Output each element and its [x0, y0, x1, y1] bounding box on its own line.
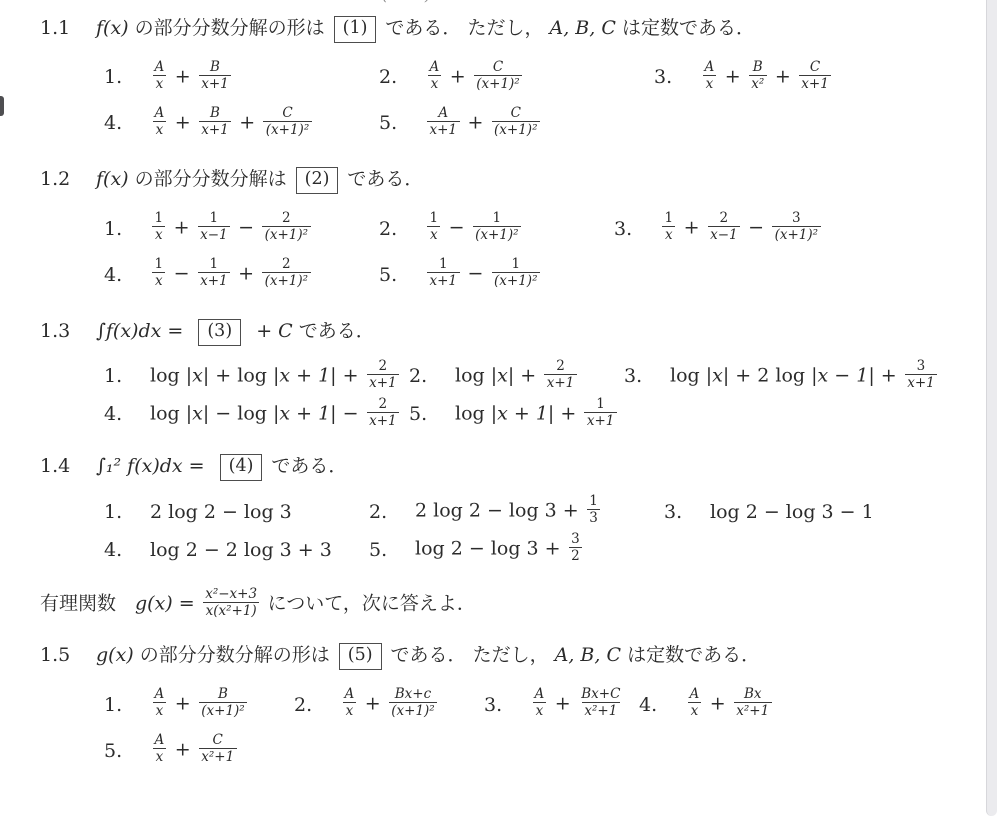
fraction: Bx+Cx²+1	[579, 686, 623, 719]
fraction-denominator: x+1	[199, 121, 232, 138]
text-math: g(x)	[96, 644, 134, 666]
text-math: log	[455, 364, 491, 386]
fraction: 13	[587, 493, 601, 526]
text-math: +	[169, 739, 197, 761]
text-math: +	[359, 693, 387, 715]
answer-option-row: 4.1x − 1x+1 + 2(x+1)²5.1x+1 − 1(x+1)²	[40, 253, 969, 297]
text-math: +	[719, 65, 747, 87]
answer-option: 2.Ax + C(x+1)²	[379, 55, 654, 99]
answer-option: 5.1x+1 − 1(x+1)²	[379, 253, 614, 297]
fraction-numerator: A	[687, 686, 702, 702]
fraction: 1x	[152, 256, 166, 289]
fraction-denominator: x+1	[905, 374, 938, 391]
answer-option: 2.log |x| + 2x+1	[409, 358, 624, 394]
option-formula: Ax + Bx+Cx²+1	[530, 688, 625, 721]
text-math: +	[769, 65, 797, 87]
fraction-numerator: 1	[427, 210, 441, 226]
scrollbar-track[interactable]	[986, 0, 997, 816]
fraction-numerator: A	[702, 59, 717, 75]
text-math: +	[462, 111, 490, 133]
text-japanese: は定数である．	[622, 17, 755, 39]
fraction: Ax+1	[427, 105, 460, 138]
text-japanese: である．	[293, 320, 375, 342]
fraction-denominator: x	[153, 121, 166, 138]
text-math: |x + 1|	[491, 402, 555, 424]
answer-option-row: 1.2 log 2 − log 32.2 log 2 − log 3 + 133…	[40, 494, 969, 530]
fraction-numerator: A	[152, 59, 167, 75]
text-math: − log	[209, 402, 273, 424]
answer-option: 3.log |x| + 2 log |x − 1| + 3x+1	[624, 358, 939, 394]
fraction: 3(x+1)²	[772, 210, 820, 243]
answer-option-row: 1.log |x| + log |x + 1| + 2x+12.log |x| …	[40, 358, 969, 394]
question-number: 1.5	[40, 641, 96, 670]
fraction-denominator: x²	[749, 75, 767, 92]
fraction-denominator: x+1	[199, 75, 232, 92]
fraction-denominator: x+1	[367, 412, 400, 429]
fraction-numerator: 3	[569, 531, 583, 547]
fraction: Ax	[152, 59, 167, 92]
option-formula: 1x + 2x−1 − 3(x+1)²	[660, 212, 823, 245]
text-math: log 2 − log 3 +	[415, 538, 567, 560]
document-page: x(x+1) 1.1f(x) の部分分数分解の形は(1)である． ただし， A,…	[0, 0, 999, 822]
fraction: 3x+1	[905, 358, 938, 391]
option-number: 3.	[654, 66, 700, 88]
question-number: 1.2	[40, 165, 96, 194]
fraction-denominator: (x+1)²	[263, 121, 311, 138]
fraction-numerator: A	[532, 686, 547, 702]
fraction: 32	[569, 531, 583, 564]
question-section-1.3: 1.3∫f(x)dx = (3) + C である．1.log |x| + log…	[40, 317, 969, 432]
text-math: +	[232, 263, 260, 285]
fraction-numerator: 2	[280, 256, 294, 272]
text-math: |x + 1|	[273, 364, 337, 386]
fraction-numerator: A	[436, 105, 451, 121]
answer-option: 1.Ax + Bx+1	[104, 55, 379, 99]
answer-option: 2.Ax + Bx+c(x+1)²	[294, 683, 484, 727]
text-math: +	[169, 111, 197, 133]
fraction: 2(x+1)²	[262, 256, 310, 289]
text-japanese: 有理関数	[40, 592, 135, 614]
question-section-intro: 有理関数 g(x) = x²−x+3x(x²+1) について，次に答えよ．	[40, 588, 969, 621]
fraction-denominator: x	[703, 75, 716, 92]
option-number: 4.	[639, 694, 685, 716]
fraction-numerator: A	[152, 686, 167, 702]
fraction-denominator: (x+1)²	[389, 702, 437, 719]
option-formula: Ax + Bx+c(x+1)²	[340, 688, 439, 721]
fraction: Ax	[702, 59, 717, 92]
option-formula: Ax + B(x+1)²	[150, 688, 249, 721]
fraction-numerator: C	[508, 105, 523, 121]
fraction-denominator: (x+1)²	[474, 75, 522, 92]
option-formula: log |x| + 2 log |x − 1| + 3x+1	[670, 360, 939, 393]
text-japanese: の部分分数分解は	[129, 168, 287, 190]
answer-blank-box: (5)	[339, 643, 382, 670]
text-math: =	[183, 455, 211, 477]
option-number: 5.	[104, 740, 150, 762]
fraction: 2(x+1)²	[262, 210, 310, 243]
fraction-numerator: Bx+C	[579, 686, 623, 702]
option-number: 5.	[369, 539, 415, 561]
option-number: 2.	[294, 694, 340, 716]
answer-option: 3.Ax + Bx² + Cx+1	[654, 55, 929, 99]
fraction-denominator: x	[153, 748, 166, 765]
fraction: 2x−1	[708, 210, 741, 243]
fraction-denominator: x	[153, 75, 166, 92]
fraction: 1x	[152, 210, 166, 243]
answer-option: 5.log 2 − log 3 + 32	[369, 532, 664, 568]
fraction: Bx+1	[199, 105, 232, 138]
fraction-denominator: x	[343, 702, 356, 719]
fraction: 1x+1	[427, 256, 460, 289]
text-math: log	[150, 364, 186, 386]
option-formula: Ax+1 + C(x+1)²	[425, 107, 542, 140]
fraction-denominator: x	[533, 702, 546, 719]
option-formula: Ax + Bx+1	[150, 61, 233, 94]
page-edge-artifact	[0, 96, 4, 116]
option-formula: log |x + 1| + 1x+1	[455, 398, 619, 431]
text-math: A, B, C	[543, 17, 621, 39]
fraction: C(x+1)²	[263, 105, 311, 138]
text-math: + 2 log	[729, 364, 811, 386]
text-math: =	[161, 320, 189, 342]
question-header: 1.2f(x) の部分分数分解は(2)である．	[40, 165, 969, 194]
answer-option: 1.1x + 1x−1 − 2(x+1)²	[104, 207, 379, 251]
fraction: 1x	[662, 210, 676, 243]
fraction-numerator: 2	[376, 358, 390, 374]
fraction-numerator: A	[342, 686, 357, 702]
fraction-denominator: x(x²+1)	[203, 602, 259, 619]
fraction: 1x−1	[198, 210, 231, 243]
fraction: 1x+1	[584, 396, 617, 429]
question-header: 1.5g(x) の部分分数分解の形は(5)である． ただし， A, B, C は…	[40, 641, 969, 670]
answer-option: 1.2 log 2 − log 3	[104, 494, 369, 530]
fraction-numerator: C	[210, 732, 225, 748]
answer-option: 4.log |x| − log |x + 1| − 2x+1	[104, 396, 409, 432]
exam-content: 1.1f(x) の部分分数分解の形は(1)である． ただし， A, B, C は…	[0, 0, 999, 773]
fraction: 2x+1	[367, 396, 400, 429]
fraction-denominator: 2	[569, 547, 583, 564]
question-number: 1.1	[40, 14, 96, 43]
question-section-1.4: 1.4∫₁² f(x)dx = (4)である．1.2 log 2 − log 3…	[40, 452, 969, 567]
text-math: log	[670, 364, 706, 386]
fraction-denominator: x+1	[427, 121, 460, 138]
fraction-denominator: x+1	[427, 272, 460, 289]
text-japanese: は定数である．	[627, 644, 760, 666]
question-header: 1.4∫₁² f(x)dx = (4)である．	[40, 452, 969, 481]
option-number: 1.	[104, 218, 150, 240]
fraction: Bx+1	[199, 59, 232, 92]
fraction: 1x+1	[198, 256, 231, 289]
text-math: +	[337, 364, 365, 386]
fraction-denominator: (x+1)²	[492, 272, 540, 289]
answer-blank-box: (4)	[220, 454, 263, 481]
answer-option: 2.2 log 2 − log 3 + 13	[369, 494, 664, 530]
answer-option: 3.Ax + Bx+Cx²+1	[484, 683, 639, 727]
fraction-numerator: 2	[554, 358, 568, 374]
cutoff-formula-fragment: x(x+1)	[372, 0, 432, 4]
fraction-denominator: x	[662, 226, 675, 243]
option-number: 5.	[379, 112, 425, 134]
text-math: g(x)	[135, 592, 173, 614]
fraction-numerator: 1	[490, 210, 504, 226]
text-math: ∫₁² f(x)dx	[96, 455, 183, 477]
question-section-1.2: 1.2f(x) の部分分数分解は(2)である．1.1x + 1x−1 − 2(x…	[40, 165, 969, 296]
answer-option-row: 1.Ax + Bx+12.Ax + C(x+1)²3.Ax + Bx² + Cx…	[40, 55, 969, 99]
fraction: 1(x+1)²	[473, 210, 521, 243]
text-japanese: である． ただし，	[385, 17, 543, 39]
text-math: =	[173, 592, 201, 614]
text-japanese: である．	[271, 455, 347, 477]
option-number: 1.	[104, 66, 150, 88]
answer-option-row: 1.Ax + B(x+1)²2.Ax + Bx+c(x+1)²3.Ax + Bx…	[40, 683, 969, 727]
fraction-numerator: Bx	[741, 686, 764, 702]
option-number: 3.	[614, 218, 660, 240]
fraction: Bx+c(x+1)²	[389, 686, 437, 719]
text-math: f(x)	[96, 17, 129, 39]
option-formula: Ax + C(x+1)²	[425, 61, 524, 94]
option-formula: Ax + Bx+1 + C(x+1)²	[150, 107, 314, 140]
text-math: 2 log 2 − log 3	[150, 501, 292, 523]
text-math: +	[444, 65, 472, 87]
answer-option: 1.log |x| + log |x + 1| + 2x+1	[104, 358, 409, 394]
fraction-denominator: (x+1)²	[262, 226, 310, 243]
option-number: 1.	[104, 501, 150, 523]
fraction-denominator: (x+1)²	[199, 702, 247, 719]
text-math: +	[678, 217, 706, 239]
option-number: 2.	[379, 218, 425, 240]
fraction: Ax	[687, 686, 702, 719]
fraction-denominator: x	[427, 226, 440, 243]
option-number: 2.	[379, 66, 425, 88]
fraction-denominator: x	[152, 272, 165, 289]
text-math: log	[150, 402, 186, 424]
fraction-denominator: (x+1)²	[473, 226, 521, 243]
text-math: + log	[209, 364, 273, 386]
fraction-denominator: x+1	[198, 272, 231, 289]
fraction: Cx+1	[799, 59, 832, 92]
text-math: |x + 1|	[273, 402, 337, 424]
question-header: 有理関数 g(x) = x²−x+3x(x²+1) について，次に答えよ．	[40, 588, 969, 621]
answer-option: 5.Ax + Cx²+1	[104, 729, 294, 773]
option-formula: log |x| + 2x+1	[455, 360, 579, 393]
option-number: 3.	[624, 365, 670, 387]
fraction-numerator: 1	[207, 210, 221, 226]
text-math: ∫f(x)dx	[96, 320, 161, 342]
fraction-denominator: x	[688, 702, 701, 719]
answer-option: 4.Ax + Bx+1 + C(x+1)²	[104, 101, 379, 145]
fraction: Ax	[342, 686, 357, 719]
option-formula: 1x − 1(x+1)²	[425, 212, 523, 245]
fraction-numerator: B	[750, 59, 765, 75]
fraction-numerator: 1	[152, 210, 166, 226]
option-number: 3.	[664, 501, 710, 523]
answer-option-row: 4.log 2 − 2 log 3 + 35.log 2 − log 3 + 3…	[40, 532, 969, 568]
fraction-numerator: 1	[587, 493, 601, 509]
answer-blank-box: (1)	[334, 16, 377, 43]
fraction-denominator: (x+1)²	[262, 272, 310, 289]
fraction-numerator: 1	[662, 210, 676, 226]
fraction: Ax	[532, 686, 547, 719]
text-math: −	[742, 217, 770, 239]
fraction-numerator: C	[280, 105, 295, 121]
answer-option: 5.Ax+1 + C(x+1)²	[379, 101, 654, 145]
option-number: 4.	[104, 264, 150, 286]
text-math: −	[443, 217, 471, 239]
question-header: 1.3∫f(x)dx = (3) + C である．	[40, 317, 969, 346]
text-math: 2 log 2 − log 3 +	[415, 500, 585, 522]
fraction-numerator: x²−x+3	[203, 586, 260, 602]
fraction-denominator: x+1	[584, 412, 617, 429]
fraction-denominator: (x+1)²	[772, 226, 820, 243]
fraction-denominator: x−1	[708, 226, 741, 243]
text-math: |x|	[491, 364, 515, 386]
fraction: 1x	[427, 210, 441, 243]
fraction-denominator: x	[153, 702, 166, 719]
text-math: log	[455, 402, 491, 424]
option-formula: Ax + Bx² + Cx+1	[700, 61, 833, 94]
option-number: 4.	[104, 403, 150, 425]
answer-blank-box: (2)	[296, 167, 339, 194]
text-math: +	[169, 65, 197, 87]
text-math: −	[337, 402, 365, 424]
text-math: +	[875, 364, 903, 386]
fraction: 1(x+1)²	[492, 256, 540, 289]
answer-option: 3.log 2 − log 3 − 1	[664, 494, 929, 530]
answer-option: 5.log |x + 1| + 1x+1	[409, 396, 624, 432]
answer-option: 1.Ax + B(x+1)²	[104, 683, 294, 727]
answer-option-row: 4.log |x| − log |x + 1| − 2x+15.log |x +…	[40, 396, 969, 432]
question-number: 1.4	[40, 452, 96, 481]
text-math: |x|	[186, 402, 210, 424]
fraction-denominator: x²+1	[199, 748, 237, 765]
text-japanese: の部分分数分解の形は	[129, 17, 325, 39]
fraction-denominator: x−1	[198, 226, 231, 243]
fraction: Ax	[427, 59, 442, 92]
fraction-denominator: x	[428, 75, 441, 92]
fraction-numerator: C	[807, 59, 822, 75]
fraction-denominator: x	[152, 226, 165, 243]
option-formula: Ax + Cx²+1	[150, 734, 239, 767]
option-number: 3.	[484, 694, 530, 716]
option-number: 5.	[409, 403, 455, 425]
fraction-denominator: x²+1	[582, 702, 620, 719]
question-number: 1.3	[40, 317, 96, 346]
text-math: +	[169, 693, 197, 715]
option-number: 2.	[369, 501, 415, 523]
text-math: +	[168, 217, 196, 239]
fraction-numerator: 3	[914, 358, 928, 374]
answer-option-row: 5.Ax + Cx²+1	[40, 729, 969, 773]
option-formula: 2 log 2 − log 3	[150, 501, 292, 523]
fraction-numerator: C	[490, 59, 505, 75]
question-section-1.5: 1.5g(x) の部分分数分解の形は(5)である． ただし， A, B, C は…	[40, 641, 969, 772]
text-math: +	[704, 693, 732, 715]
text-math: A, B, C	[549, 644, 627, 666]
fraction-numerator: 2	[717, 210, 731, 226]
fraction: Cx²+1	[199, 732, 237, 765]
fraction-denominator: x+1	[367, 374, 400, 391]
fraction-denominator: x+1	[799, 75, 832, 92]
fraction-numerator: B	[208, 59, 223, 75]
text-math: +	[549, 693, 577, 715]
fraction-numerator: A	[152, 105, 167, 121]
option-number: 2.	[409, 365, 455, 387]
text-math: |x|	[706, 364, 730, 386]
option-formula: 1x + 1x−1 − 2(x+1)²	[150, 212, 313, 245]
option-number: 4.	[104, 539, 150, 561]
fraction-denominator: (x+1)²	[492, 121, 540, 138]
fraction-numerator: B	[208, 105, 223, 121]
text-math: |x|	[186, 364, 210, 386]
fraction-denominator: x+1	[544, 374, 577, 391]
fraction-numerator: Bx+c	[392, 686, 433, 702]
option-number: 1.	[104, 365, 150, 387]
text-math: f(x)	[96, 168, 129, 190]
fraction: C(x+1)²	[492, 105, 540, 138]
text-japanese: について，次に答えよ．	[262, 592, 476, 614]
fraction-numerator: 1	[152, 256, 166, 272]
option-formula: log 2 − 2 log 3 + 3	[150, 539, 332, 561]
fraction-numerator: 1	[436, 256, 450, 272]
answer-blank-box: (3)	[198, 319, 241, 346]
text-math: +	[514, 364, 542, 386]
option-formula: 2 log 2 − log 3 + 13	[415, 495, 602, 528]
text-math: +	[554, 402, 582, 424]
fraction-numerator: 1	[509, 256, 523, 272]
fraction: C(x+1)²	[474, 59, 522, 92]
fraction-numerator: 2	[280, 210, 294, 226]
answer-option: 4.Ax + Bxx²+1	[639, 683, 829, 727]
text-math: +	[233, 111, 261, 133]
option-number: 1.	[104, 694, 150, 716]
answer-option: 4.1x − 1x+1 + 2(x+1)²	[104, 253, 379, 297]
option-formula: 1x − 1x+1 + 2(x+1)²	[150, 258, 313, 291]
text-math: |x − 1|	[811, 364, 875, 386]
text-math: −	[232, 217, 260, 239]
fraction-numerator: 2	[376, 396, 390, 412]
fraction-numerator: 3	[790, 210, 804, 226]
question-header: 1.1f(x) の部分分数分解の形は(1)である． ただし， A, B, C は…	[40, 14, 969, 43]
fraction: 2x+1	[367, 358, 400, 391]
text-math: −	[168, 263, 196, 285]
text-math: log 2 − log 3 − 1	[710, 501, 874, 523]
option-formula: log |x| + log |x + 1| + 2x+1	[150, 360, 401, 393]
option-formula: log |x| − log |x + 1| − 2x+1	[150, 398, 401, 431]
fraction-numerator: A	[427, 59, 442, 75]
answer-option-row: 4.Ax + Bx+1 + C(x+1)²5.Ax+1 + C(x+1)²	[40, 101, 969, 145]
text-math: +	[250, 320, 278, 342]
option-formula: log 2 − log 3 + 32	[415, 533, 584, 566]
answer-option: 2.1x − 1(x+1)²	[379, 207, 614, 251]
text-japanese: の部分分数分解の形は	[134, 644, 330, 666]
answer-option: 3.1x + 2x−1 − 3(x+1)²	[614, 207, 889, 251]
text-japanese: である．	[347, 168, 423, 190]
fraction: B(x+1)²	[199, 686, 247, 719]
fraction-denominator: x²+1	[734, 702, 772, 719]
fraction: Ax	[152, 686, 167, 719]
fraction: Ax	[152, 105, 167, 138]
question-section-1.1: 1.1f(x) の部分分数分解の形は(1)である． ただし， A, B, C は…	[40, 14, 969, 145]
fraction-numerator: A	[152, 732, 167, 748]
text-math: log 2 − 2 log 3 + 3	[150, 539, 332, 561]
option-number: 4.	[104, 112, 150, 134]
text-math: −	[462, 263, 490, 285]
fraction-denominator: 3	[587, 509, 601, 526]
option-formula: Ax + Bxx²+1	[685, 688, 774, 721]
fraction-numerator: 1	[207, 256, 221, 272]
option-number: 5.	[379, 264, 425, 286]
option-formula: 1x+1 − 1(x+1)²	[425, 258, 542, 291]
